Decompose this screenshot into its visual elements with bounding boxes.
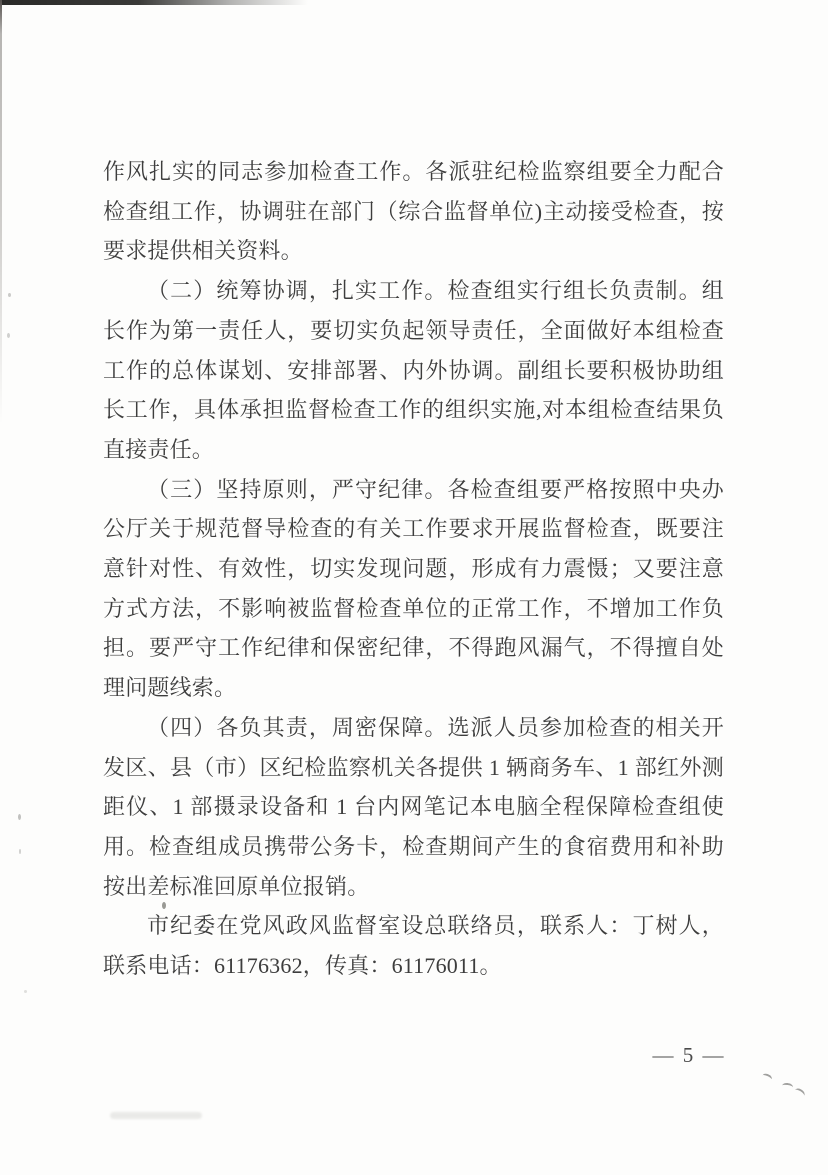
scan-speck — [18, 814, 21, 820]
document-body: 作风扎实的同志参加检查工作。各派驻纪检监察组要全力配合检查组工作，协调驻在部门（… — [103, 152, 724, 986]
scan-speck — [19, 849, 21, 854]
scan-speck — [8, 293, 11, 297]
scanned-document-page: 作风扎实的同志参加检查工作。各派驻纪检监察组要全力配合检查组工作，协调驻在部门（… — [0, 0, 828, 1175]
pen-mark-artifact — [761, 1072, 773, 1082]
paragraph: （四）各负其责，周密保障。选派人员参加检查的相关开发区、县（市）区纪检监察机关各… — [103, 708, 724, 907]
paragraph: 作风扎实的同志参加检查工作。各派驻纪检监察组要全力配合检查组工作，协调驻在部门（… — [103, 152, 724, 271]
paragraph: 市纪委在党风政风监督室设总联络员，联系人：丁树人，联系电话：61176362，传… — [103, 906, 724, 985]
pen-mark-artifact — [793, 1087, 807, 1100]
scan-speck — [24, 990, 27, 993]
scan-speck — [7, 333, 10, 338]
scan-bleedthrough-smudge — [110, 1112, 202, 1119]
page-number: — 5 — — [648, 1043, 730, 1068]
pen-mark-artifact — [782, 1082, 794, 1090]
scan-edge-top-artifact — [0, 0, 308, 5]
scan-edge-left-artifact — [0, 0, 2, 424]
paragraph: （三）坚持原则，严守纪律。各检查组要严格按照中央办公厅关于规范督导检查的有关工作… — [103, 470, 724, 708]
paragraph: （二）统筹协调，扎实工作。检查组实行组长负责制。组长作为第一责任人，要切实负起领… — [103, 271, 724, 470]
